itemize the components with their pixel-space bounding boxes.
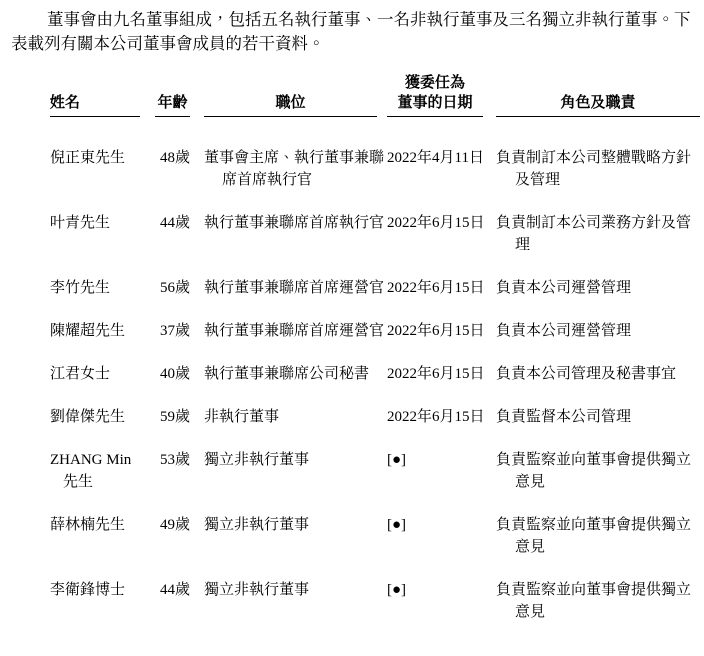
table-body: 倪正東先生 48歲 董事會主席、執行董事兼聯 席首席執行官 2022年4月11日… [0,147,704,623]
cell-appointment-date: 2022年4月11日 [387,147,483,169]
table-row: 倪正東先生 48歲 董事會主席、執行董事兼聯 席首席執行官 2022年4月11日… [50,147,704,191]
cell-director-name: 叶青先生 [50,212,140,234]
intro-paragraph-line1: 董事會由九名董事組成，包括五名執行董事、一名非執行董事及三名獨立非執行董事。下 [11,8,694,32]
cell-appointment-date: 2022年6月15日 [387,212,483,234]
cell-appointment-date: 2022年6月15日 [387,277,483,299]
cell-director-position: 執行董事兼聯席首席運營官 [204,320,377,342]
cell-director-age: 56歲 [155,277,190,299]
table-header-row: 姓名 年齡 職位 獲委任為 董事的日期 角色及職責 [50,73,704,117]
cell-director-roles: 負責監察並向董事會提供獨立 意見 [496,449,700,493]
cell-director-roles: 負責監督本公司管理 [496,406,700,428]
cell-director-position: 董事會主席、執行董事兼聯 席首席執行官 [204,147,377,191]
cell-director-position: 獨立非執行董事 [204,514,377,536]
cell-director-age: 53歲 [155,449,190,471]
cell-director-name: 薛林楠先生 [50,514,140,536]
cell-director-name: 陳耀超先生 [50,320,140,342]
table-row: 叶青先生 44歲 執行董事兼聯席首席執行官 2022年6月15日 負責制訂本公司… [50,212,704,256]
cell-appointment-date: [●] [387,514,483,536]
directors-table: 姓名 年齡 職位 獲委任為 董事的日期 角色及職責 倪正東先生 48歲 董事會主… [0,73,704,623]
cell-director-roles: 負責本公司運營管理 [496,320,700,342]
cell-director-roles: 負責本公司管理及秘書事宜 [496,363,700,385]
cell-director-roles: 負責制訂本公司業務方針及管 理 [496,212,700,256]
table-row: ZHANG Min 先生 53歲 獨立非執行董事 [●] 負責監察並向董事會提供… [50,449,704,493]
column-header-appointment-date-line2: 董事的日期 [387,93,483,113]
intro-paragraph-line2: 表載列有關本公司董事會成員的若干資料。 [11,32,694,56]
cell-director-age: 44歲 [155,579,190,601]
table-row: 陳耀超先生 37歲 執行董事兼聯席首席運營官 2022年6月15日 負責本公司運… [50,320,704,342]
table-row: 江君女士 40歲 執行董事兼聯席公司秘書 2022年6月15日 負責本公司管理及… [50,363,704,385]
cell-director-roles: 負責監察並向董事會提供獨立 意見 [496,514,700,558]
cell-director-age: 48歲 [155,147,190,169]
cell-appointment-date: 2022年6月15日 [387,406,483,428]
cell-director-age: 37歲 [155,320,190,342]
cell-director-name: 江君女士 [50,363,140,385]
column-header-age: 年齡 [155,93,190,117]
cell-director-name: 李竹先生 [50,277,140,299]
cell-director-position: 非執行董事 [204,406,377,428]
prospectus-page: 董事會由九名董事組成，包括五名執行董事、一名非執行董事及三名獨立非執行董事。下 … [0,0,704,656]
cell-director-age: 44歲 [155,212,190,234]
cell-director-age: 59歲 [155,406,190,428]
cell-director-roles: 負責監察並向董事會提供獨立 意見 [496,579,700,623]
cell-appointment-date: 2022年6月15日 [387,320,483,342]
cell-appointment-date: [●] [387,449,483,471]
cell-director-position: 執行董事兼聯席公司秘書 [204,363,377,385]
cell-appointment-date: [●] [387,579,483,601]
table-row: 李竹先生 56歲 執行董事兼聯席首席運營官 2022年6月15日 負責本公司運營… [50,277,704,299]
table-row: 劉偉傑先生 59歲 非執行董事 2022年6月15日 負責監督本公司管理 [50,406,704,428]
column-header-position: 職位 [204,93,377,117]
cell-director-name: 倪正東先生 [50,147,140,169]
cell-director-age: 40歲 [155,363,190,385]
intro-paragraph: 董事會由九名董事組成，包括五名執行董事、一名非執行董事及三名獨立非執行董事。下 … [11,0,694,56]
cell-appointment-date: 2022年6月15日 [387,363,483,385]
cell-director-position: 獨立非執行董事 [204,449,377,471]
column-header-appointment-date-line1: 獲委任為 [387,73,483,93]
column-header-roles: 角色及職責 [496,93,700,117]
column-header-name: 姓名 [50,93,140,117]
cell-director-name: 李衛鋒博士 [50,579,140,601]
cell-director-roles: 負責本公司運營管理 [496,277,700,299]
cell-director-name: ZHANG Min 先生 [50,449,140,493]
cell-director-position: 執行董事兼聯席首席運營官 [204,277,377,299]
cell-director-name: 劉偉傑先生 [50,406,140,428]
cell-director-roles: 負責制訂本公司整體戰略方針 及管理 [496,147,700,191]
cell-director-age: 49歲 [155,514,190,536]
table-row: 薛林楠先生 49歲 獨立非執行董事 [●] 負責監察並向董事會提供獨立 意見 [50,514,704,558]
cell-director-position: 執行董事兼聯席首席執行官 [204,212,377,234]
table-row: 李衛鋒博士 44歲 獨立非執行董事 [●] 負責監察並向董事會提供獨立 意見 [50,579,704,623]
column-header-appointment-date: 獲委任為 董事的日期 [387,73,483,117]
cell-director-position: 獨立非執行董事 [204,579,377,601]
